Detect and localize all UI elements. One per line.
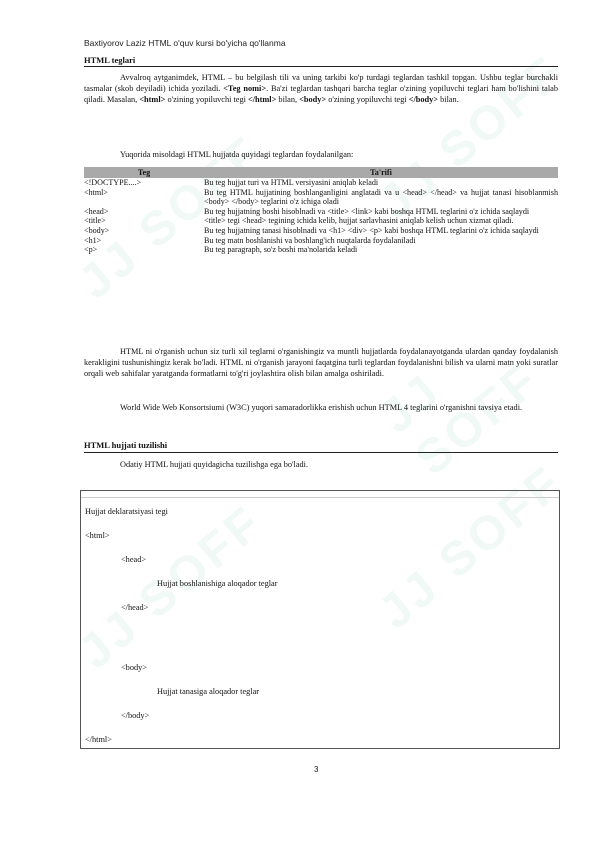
- table-row: <h1>Bu teg matn boshlanishi va boshlang'…: [84, 236, 558, 246]
- structure-line: <body>: [121, 663, 147, 672]
- tag-cell: <p>: [84, 245, 204, 255]
- table-row: <p>Bu teg paragraph, so'z boshi ma'nolar…: [84, 245, 558, 255]
- tag-cell: <body>: [84, 226, 204, 236]
- table-row: <head>Bu teg hujjatning boshi hisoblnadi…: [84, 207, 558, 217]
- table-intro: Yuqorida misoldagi HTML hujjatda quyidag…: [120, 150, 353, 159]
- learning-paragraph: HTML ni o'rganish uchun siz turli xil te…: [84, 346, 558, 379]
- tag-cell: <h1>: [84, 236, 204, 246]
- table-header-tag: Teg: [84, 167, 204, 178]
- description-cell: Bu teg hujjatning tanasi hisoblnadi va <…: [204, 226, 558, 236]
- running-header: Baxtiyorov Laziz HTML o'quv kursi bo'yic…: [84, 38, 286, 48]
- structure-line: Hujjat deklaratsiyasi tegi: [85, 507, 168, 516]
- structure-line: Hujjat boshlanishiga aloqador teglar: [157, 579, 278, 588]
- description-cell: Bu teg matn boshlanishi va boshlang'ich …: [204, 236, 558, 246]
- section-rule: [84, 66, 558, 67]
- w3c-paragraph: World Wide Web Konsortsiumi (W3C) yuqori…: [84, 402, 558, 413]
- tag-cell: <head>: [84, 207, 204, 217]
- description-cell: Bu teg hujjatning boshi hisoblnadi va <t…: [204, 207, 558, 217]
- document-page: JJ SOFF JJ SOFF JJ SOFF JJ SOFF JJ SOFF …: [0, 0, 596, 842]
- structure-line: </head>: [121, 603, 148, 612]
- table-header-description: Ta'rifi: [204, 167, 558, 178]
- structure-intro: Odatiy HTML hujjati quyidagicha tuzilish…: [120, 460, 308, 469]
- structure-line: <head>: [121, 555, 146, 564]
- structure-line: Hujjat tanasiga aloqador teglar: [157, 687, 259, 696]
- table-row: <title><title> tegi <head> tegining ichi…: [84, 216, 558, 226]
- section-title-document-structure: HTML hujjati tuzilishi: [84, 440, 167, 450]
- page-number: 3: [314, 765, 318, 774]
- table-row: <html>Bu teg HTML hujjatining boshlangan…: [84, 188, 558, 207]
- table-row: <body>Bu teg hujjatning tanasi hisoblnad…: [84, 226, 558, 236]
- table-row: <!DOCTYPE....>Bu teg hujjat turi va HTML…: [84, 178, 558, 188]
- structure-line: </html>: [85, 735, 112, 744]
- tag-cell: <!DOCTYPE....>: [84, 178, 204, 188]
- tag-cell: <title>: [84, 216, 204, 226]
- box-inner-rule: [81, 497, 559, 498]
- description-cell: <title> tegi <head> tegining ichida keli…: [204, 216, 558, 226]
- structure-line: </body>: [121, 711, 149, 720]
- description-cell: Bu teg hujjat turi va HTML versiyasini a…: [204, 178, 558, 188]
- section-rule: [84, 452, 558, 453]
- section-title-html-tags: HTML teglari: [84, 55, 135, 65]
- tag-cell: <html>: [84, 188, 204, 207]
- structure-box: Hujjat deklaratsiyasi tegi<html><head>Hu…: [80, 490, 560, 749]
- intro-paragraph: Avvalroq aytganimdek, HTML – bu belgilas…: [84, 72, 558, 105]
- tags-table: Teg Ta'rifi <!DOCTYPE....>Bu teg hujjat …: [84, 167, 558, 255]
- description-cell: Bu teg HTML hujjatining boshlanganligini…: [204, 188, 558, 207]
- description-cell: Bu teg paragraph, so'z boshi ma'nolarida…: [204, 245, 558, 255]
- structure-line: <html>: [85, 531, 110, 540]
